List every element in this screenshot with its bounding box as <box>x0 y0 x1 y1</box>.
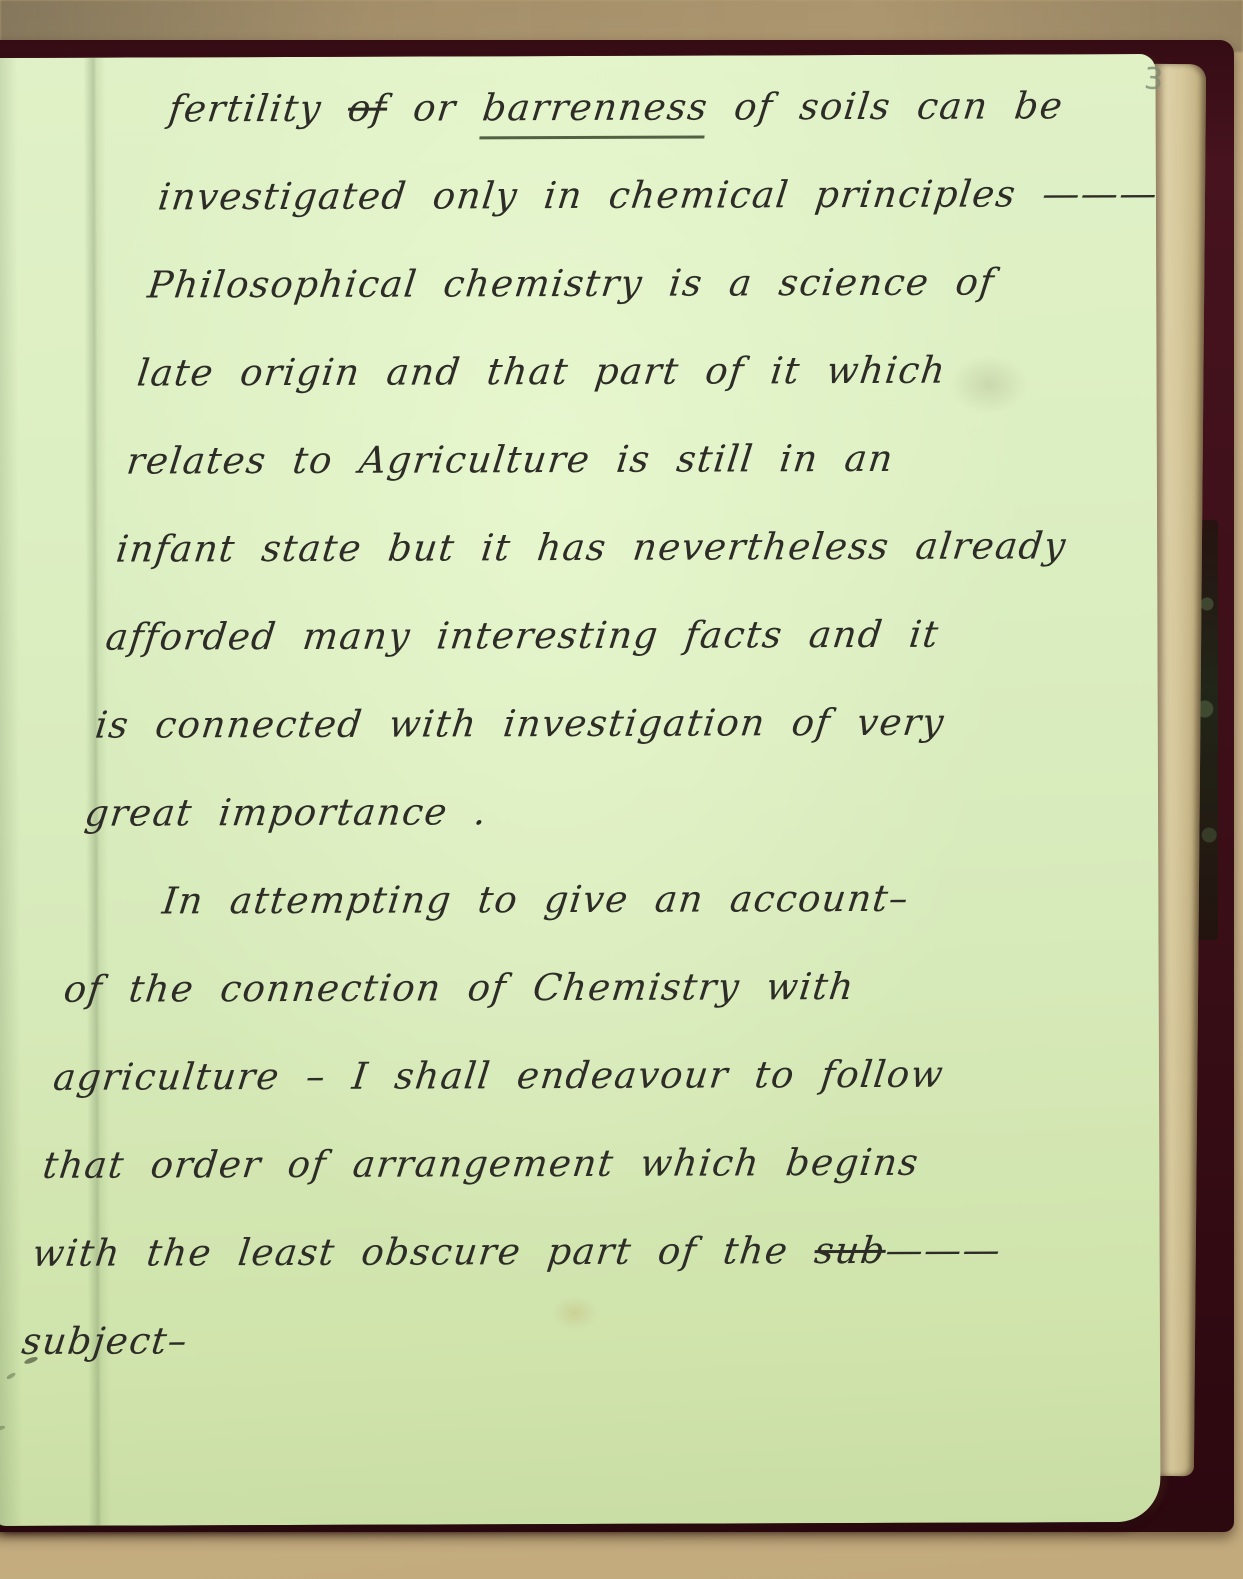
manuscript-line: investigated only in chemical principles… <box>152 164 1202 256</box>
text-segment: is connected with investigation of very <box>93 701 947 747</box>
text-segment: investigated only in chemical principles… <box>156 172 1161 219</box>
manuscript-line: with the least obscure part of the sub——… <box>26 1220 1076 1312</box>
underlined-word: barrenness <box>479 88 711 140</box>
text-segment: afforded many interesting facts and it <box>103 613 941 659</box>
text-segment: ——— <box>883 1229 1004 1272</box>
manuscript-line: infant state but it has nevertheless alr… <box>110 516 1160 608</box>
text-segment: of the connection of Chemistry with <box>61 965 857 1011</box>
manuscript-line: that order of arrangement which begins <box>36 1132 1086 1224</box>
gutter-shadow <box>0 58 23 1526</box>
struck-word: of <box>346 87 390 130</box>
text-segment: agriculture – I shall endeavour to follo… <box>51 1053 947 1099</box>
text-segment: subject– <box>20 1319 191 1363</box>
text-segment: with the least obscure part of the <box>30 1229 817 1275</box>
manuscript-line: is connected with investigation of very <box>89 692 1139 784</box>
text-segment: infant state but it has nevertheless alr… <box>114 524 1069 570</box>
manuscript-line: subject– <box>15 1308 1065 1400</box>
manuscript-page: fertility of or barrenness of soils can … <box>0 54 1161 1526</box>
manuscript-text: fertility of or barrenness of soils can … <box>15 76 1212 1400</box>
manuscript-line: In attempting to give an account– <box>68 868 1118 960</box>
text-segment: relates to Agriculture is still in an <box>124 437 896 483</box>
text-segment: fertility <box>166 87 350 131</box>
manuscript-line: late origin and that part of it which <box>131 340 1181 432</box>
manuscript-line: relates to Agriculture is still in an <box>120 428 1170 520</box>
manuscript-line: Philosophical chemistry is a science of <box>141 252 1191 344</box>
manuscript-line: of the connection of Chemistry with <box>57 956 1107 1048</box>
text-segment: late origin and that part of it which <box>135 349 949 395</box>
text-segment: or <box>385 86 486 129</box>
manuscript-line: great importance . <box>78 780 1128 872</box>
page-number: 3 <box>1143 61 1164 97</box>
text-segment: of soils can be <box>706 84 1066 128</box>
text-segment: that order of arrangement which begins <box>40 1141 921 1187</box>
text-segment: great importance . <box>82 790 490 834</box>
struck-word: sub <box>812 1229 888 1272</box>
photo-background: fertility of or barrenness of soils can … <box>0 0 1243 1579</box>
manuscript-line: fertility of or barrenness of soils can … <box>162 76 1212 168</box>
text-segment: Philosophical chemistry is a science of <box>145 261 997 307</box>
manuscript-line: afforded many interesting facts and it <box>99 604 1149 696</box>
manuscript-line: agriculture – I shall endeavour to follo… <box>47 1044 1097 1136</box>
text-segment: In attempting to give an account– <box>160 877 912 923</box>
